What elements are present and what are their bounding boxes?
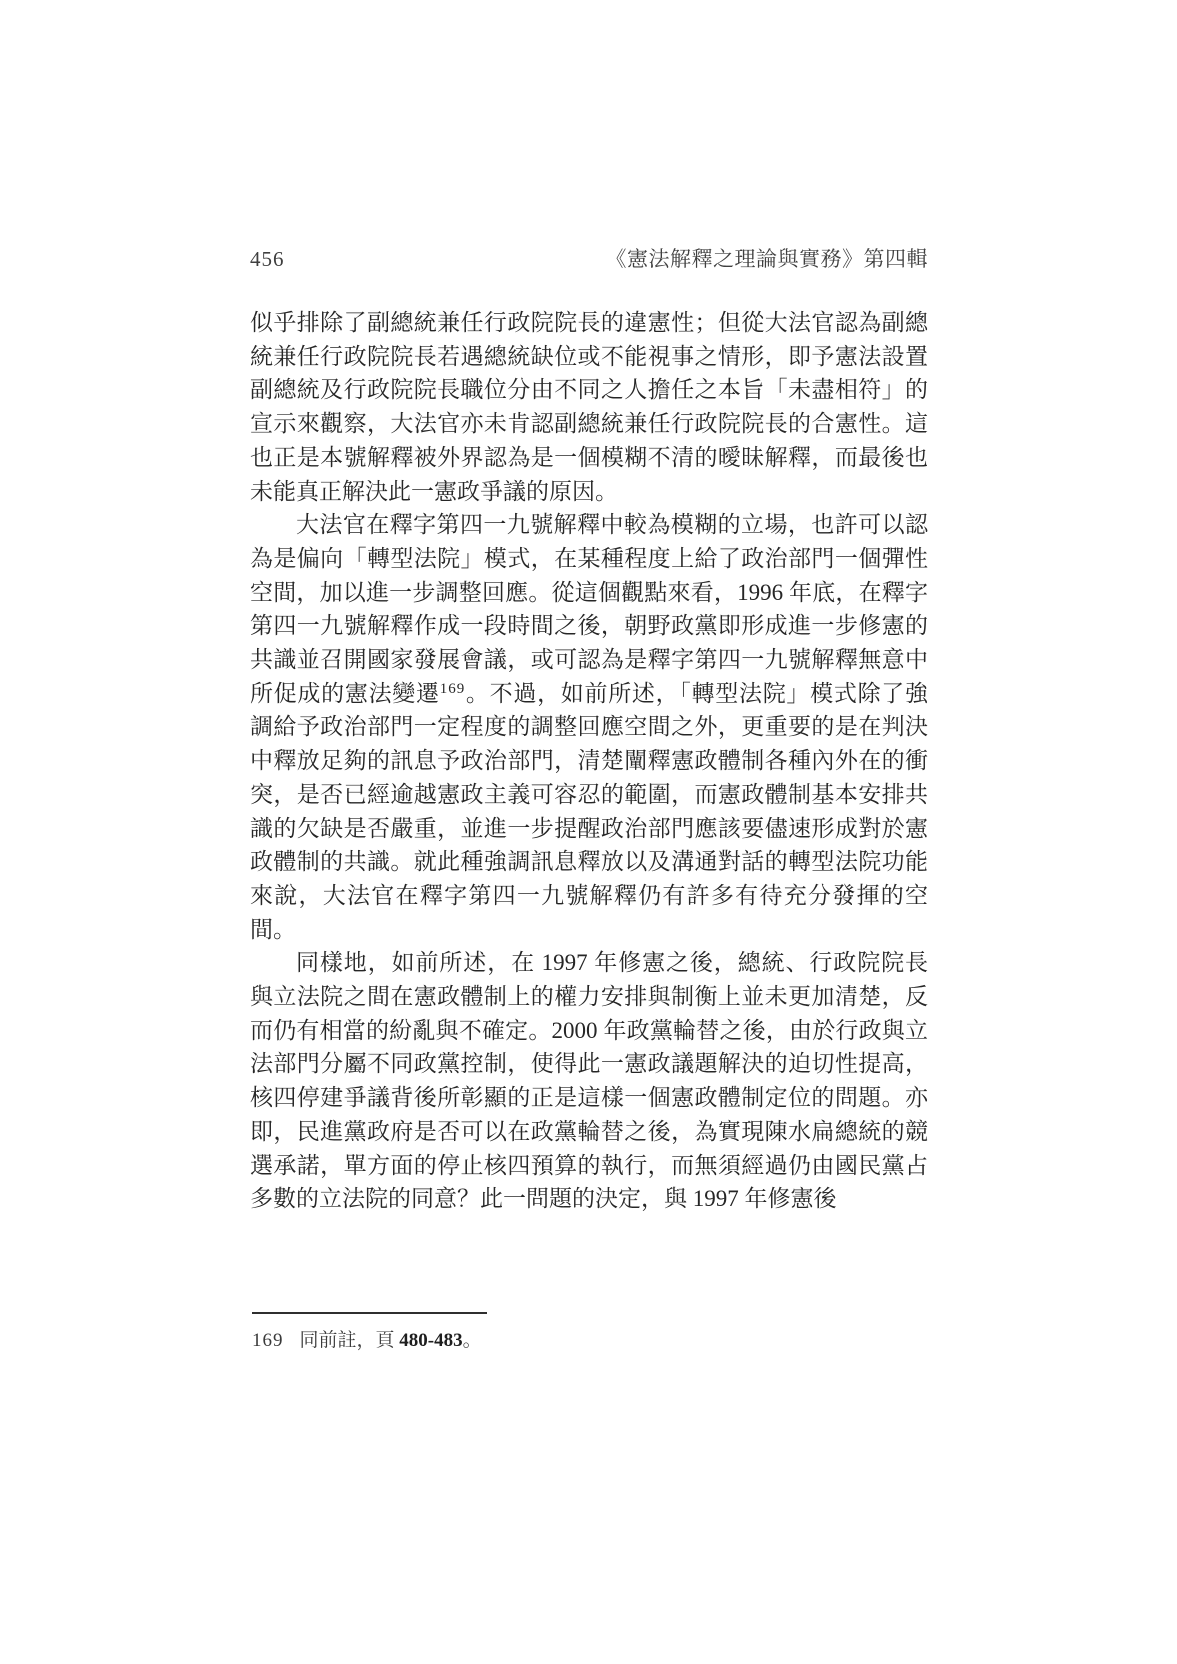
footnote-period: 。 — [463, 1330, 482, 1351]
book-title: 《憲法解釋之理論與實務》第四輯 — [606, 243, 929, 273]
paragraph-2-text-a: 大法官在釋字第四一九號解釋中較為模糊的立場，也許可以認為是偏向「轉型法院」模式，… — [250, 512, 928, 706]
footnote-reference-169: 169 — [440, 681, 466, 697]
page-header: 456 《憲法解釋之理論與實務》第四輯 — [250, 243, 928, 273]
document-page: 456 《憲法解釋之理論與實務》第四輯 似乎排除了副總統兼任行政院院長的違憲性；… — [0, 0, 1177, 1664]
paragraph-2-text-b: 。不過，如前所述，「轉型法院」模式除了強調給予政治部門一定程度的調整回應空間之外… — [250, 681, 928, 942]
paragraph-3-text: 同樣地，如前所述，在 1997 年修憲之後，總統、行政院院長與立法院之間在憲政體… — [250, 950, 928, 1211]
paragraph-3: 同樣地，如前所述，在 1997 年修憲之後，總統、行政院院長與立法院之間在憲政體… — [250, 946, 928, 1216]
paragraph-1: 似乎排除了副總統兼任行政院院長的違憲性；但從大法官認為副總統兼任行政院院長若遇總… — [250, 306, 928, 508]
paragraph-2: 大法官在釋字第四一九號解釋中較為模糊的立場，也許可以認為是偏向「轉型法院」模式，… — [250, 508, 928, 946]
footnote-text: 同前註，頁 — [300, 1330, 400, 1351]
footnote-marker: 169 — [252, 1327, 284, 1355]
footnote: 169同前註，頁 480-483。 — [252, 1327, 930, 1355]
footnote-separator-rule — [252, 1312, 487, 1314]
page-number: 456 — [250, 247, 285, 272]
footnote-page-range: 480-483 — [399, 1330, 462, 1351]
body-text: 似乎排除了副總統兼任行政院院長的違憲性；但從大法官認為副總統兼任行政院院長若遇總… — [250, 306, 928, 1216]
paragraph-1-text: 似乎排除了副總統兼任行政院院長的違憲性；但從大法官認為副總統兼任行政院院長若遇總… — [250, 310, 928, 504]
